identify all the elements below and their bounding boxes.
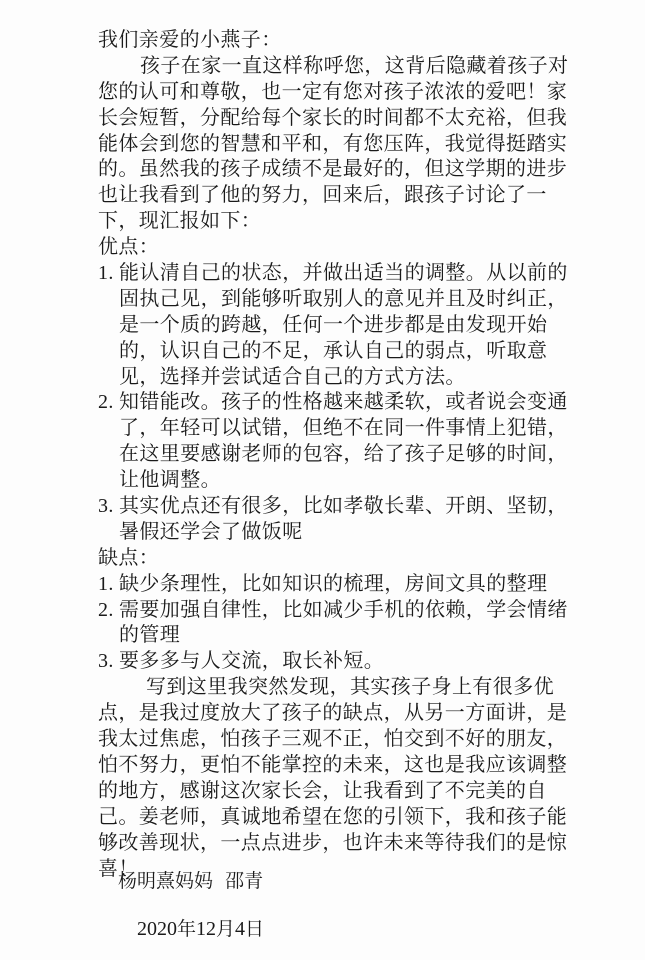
weakness-item-1: 1.缺少条理性，比如知识的梳理，房间文具的整理 xyxy=(98,571,554,597)
list-text: 要多多与人交流，取长补短。 xyxy=(119,648,384,672)
weakness-item-3: 3.要多多与人交流，取长补短。 xyxy=(98,648,554,674)
list-text-cont: 的管理 xyxy=(98,622,554,648)
intro-line: 长会短暂，分配给每个家长的时间都不太充裕，但我 xyxy=(98,105,554,131)
closing-line: 够改善现状，一点点进步，也许未来等待我们的是惊 xyxy=(98,830,554,856)
strength-item-2: 2.知错能改。孩子的性格越来越柔软，或者说会变通 xyxy=(98,389,554,415)
letter-body: 我们亲爱的小燕子： 孩子在家一直这样称呼您，这背后隐藏着孩子对 您的认可和尊敬，… xyxy=(98,27,554,881)
list-text: 能认清自己的状态，并做出适当的调整。从以前的 xyxy=(119,260,568,284)
list-text-cont: 让他调整。 xyxy=(98,467,554,493)
letter-page: 我们亲爱的小燕子： 孩子在家一直这样称呼您，这背后隐藏着孩子对 您的认可和尊敬，… xyxy=(0,0,645,960)
letter-date: 2020年12月4日 xyxy=(137,914,264,941)
date-day: 4 xyxy=(235,918,245,940)
intro-line: 能体会到您的智慧和平和，有您压阵，我觉得挺踏实 xyxy=(98,131,554,157)
list-text-cont: 见，选择并尝试适合自己的方式方法。 xyxy=(98,364,554,390)
strength-item-3: 3.其实优点还有很多，比如孝敬长辈、开朗、坚韧， xyxy=(98,493,554,519)
list-number: 1. xyxy=(98,572,119,598)
list-text: 缺少条理性，比如知识的梳理，房间文具的整理 xyxy=(119,571,547,595)
strength-item-1: 1.能认清自己的状态，并做出适当的调整。从以前的 xyxy=(98,260,554,286)
intro-line: 也让我看到了他的努力，回来后，跟孩子讨论了一 xyxy=(98,182,554,208)
list-text-cont: 的，认识自己的不足，承认自己的弱点，听取意 xyxy=(98,338,554,364)
weakness-item-2: 2.需要加强自律性，比如减少手机的依赖，学会情绪 xyxy=(98,597,554,623)
date-month: 12 xyxy=(196,918,216,940)
list-text: 需要加强自律性，比如减少手机的依赖，学会情绪 xyxy=(119,597,568,621)
list-text-cont: 是一个质的跨越，任何一个进步都是由发现开始 xyxy=(98,312,554,338)
closing-line: 己。姜老师，真诚地希望在您的引领下，我和孩子能 xyxy=(98,804,554,830)
date-year: 2020 xyxy=(137,918,177,940)
closing-line: 写到这里我突然发现，其实孩子身上有很多优 xyxy=(98,674,554,700)
list-text-cont: 了，年轻可以试错，但绝不在同一件事情上犯错， xyxy=(98,415,554,441)
list-number: 3. xyxy=(98,494,119,520)
list-text-cont: 在这里要感谢老师的包容，给了孩子足够的时间， xyxy=(98,441,554,467)
closing-line: 怕不努力，更怕不能掌控的未来，这也是我应该调整 xyxy=(98,752,554,778)
list-number: 2. xyxy=(98,390,119,416)
date-month-unit: 月 xyxy=(216,918,235,940)
list-text-cont: 固执己见，到能够听取别人的意见并且及时纠正， xyxy=(98,286,554,312)
list-text: 知错能改。孩子的性格越来越柔软，或者说会变通 xyxy=(119,389,568,413)
closing-line: 点，是我过度放大了孩子的缺点，从另一方面讲，是 xyxy=(98,700,554,726)
intro-line: 孩子在家一直这样称呼您，这背后隐藏着孩子对 xyxy=(98,53,554,79)
intro-line: 您的认可和尊敬，也一定有您对孩子浓浓的爱吧！家 xyxy=(98,79,554,105)
closing-line: 我太过焦虑，怕孩子三观不正，怕交到不好的朋友， xyxy=(98,726,554,752)
list-text-cont: 暑假还学会了做饭呢 xyxy=(98,519,554,545)
date-year-unit: 年 xyxy=(177,918,196,940)
list-number: 3. xyxy=(98,649,119,675)
list-number: 2. xyxy=(98,598,119,624)
intro-line: 下，现汇报如下： xyxy=(98,208,554,234)
greeting: 我们亲爱的小燕子： xyxy=(98,27,554,53)
intro-line: 的。虽然我的孩子成绩不是最好的，但这学期的进步 xyxy=(98,156,554,182)
strengths-heading: 优点： xyxy=(98,234,554,260)
weaknesses-heading: 缺点： xyxy=(98,545,554,571)
list-number: 1. xyxy=(98,261,119,287)
date-day-unit: 日 xyxy=(245,918,264,940)
list-text: 其实优点还有很多，比如孝敬长辈、开朗、坚韧， xyxy=(119,493,568,517)
signature: 杨明熹妈妈 邵青 xyxy=(118,866,263,893)
closing-line: 的地方，感谢这次家长会，让我看到了不完美的自 xyxy=(98,778,554,804)
